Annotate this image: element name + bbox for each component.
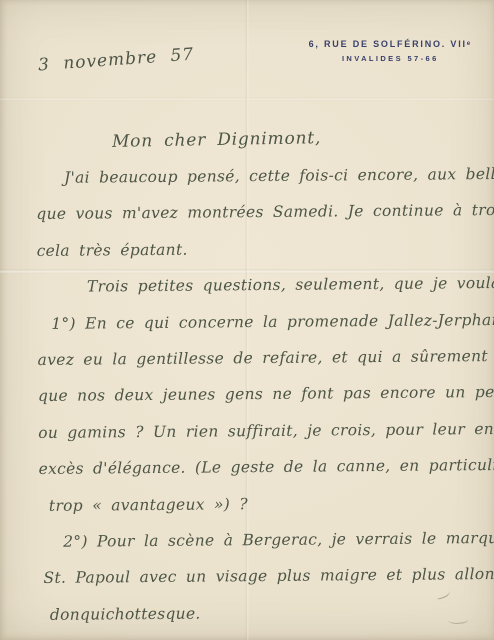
letterhead: 6, RUE DE SOLFÉRINO. VIIᵉ INVALIDES 57-6… <box>309 39 472 63</box>
body-line: excès d'élégance. (Le geste de la canne,… <box>38 456 494 496</box>
letterhead-address: 6, RUE DE SOLFÉRINO. VIIᵉ <box>309 39 472 49</box>
body-line: cela très épatant. <box>37 238 493 278</box>
body-line: J'ai beaucoup pensé, cette fois-ci encor… <box>64 165 492 205</box>
body-line: 1°) En ce qui concerne la promenade Jall… <box>51 311 493 351</box>
body-line: avez eu la gentillesse de refaire, et qu… <box>38 347 494 387</box>
body-line: que vous m'avez montrées Samedi. Je cont… <box>36 201 492 241</box>
body-line: Trois petites questions, seulement, que … <box>87 274 493 314</box>
letter-body: J'ai beaucoup pensé, cette fois-ci encor… <box>36 165 494 640</box>
body-line: que nos deux jeunes gens ne font pas enc… <box>38 383 494 423</box>
body-line: trop « avantageux ») ? <box>49 493 494 533</box>
letterhead-phone: INVALIDES 57-66 <box>309 54 472 63</box>
body-line: 2°) Pour la scène à Bergerac, je verrais… <box>63 529 494 569</box>
body-line: ou gamins ? Un rien suffirait, je crois,… <box>38 420 494 460</box>
salutation: Mon cher Dignimont, <box>112 128 321 152</box>
body-line: St. Papoul avec un visage plus maigre et… <box>43 565 494 605</box>
body-line: donquichottesque. <box>50 602 494 640</box>
